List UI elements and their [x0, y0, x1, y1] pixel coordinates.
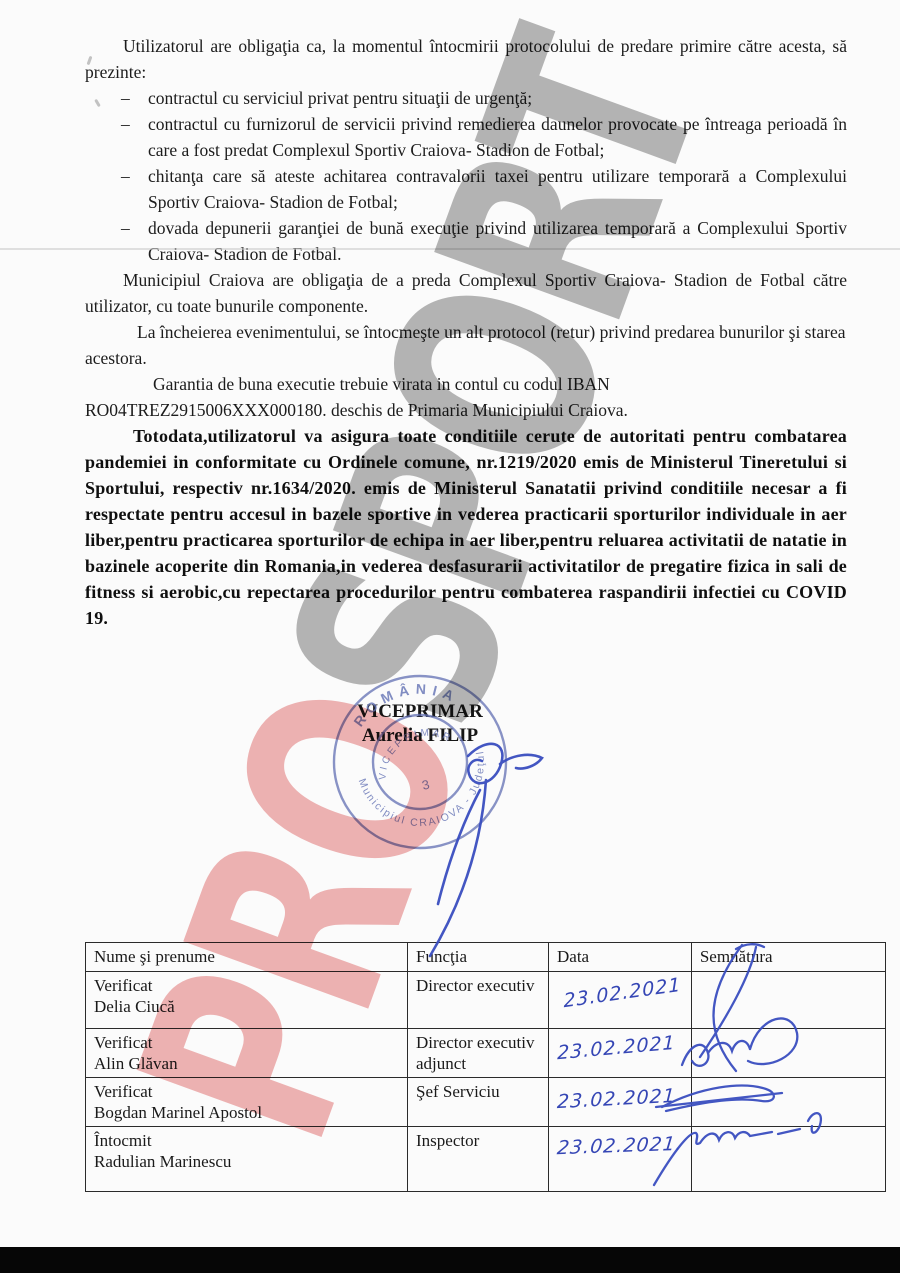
- row-person: Radulian Marinescu: [94, 1151, 399, 1172]
- row-person: Bogdan Marinel Apostol: [94, 1102, 399, 1123]
- paragraph-totodata: Totodata,utilizatorul va asigura toate c…: [85, 423, 847, 631]
- row-role: Verificat: [94, 975, 399, 996]
- scan-line-artifact: [0, 248, 900, 250]
- list-item-text: contractul cu serviciul privat pentru si…: [148, 88, 532, 108]
- cell-name: Întocmit Radulian Marinescu: [86, 1127, 408, 1192]
- scan-edge-bar: [0, 1247, 900, 1273]
- cell-function: Director executiv: [408, 972, 549, 1029]
- bullet-dash: –: [121, 111, 130, 137]
- paragraph-municipiul: Municipiul Craiova are obligaţia de a pr…: [85, 267, 847, 319]
- cell-function: Director executiv adjunct: [408, 1029, 549, 1078]
- viceprimar-signature: [340, 728, 560, 968]
- cell-name: Verificat Bogdan Marinel Apostol: [86, 1078, 408, 1127]
- cell-function: Inspector: [408, 1127, 549, 1192]
- table-signature-strokes: [540, 935, 870, 1195]
- row-role: Verificat: [94, 1032, 399, 1053]
- list-item: – dovada depunerii garanţiei de bună exe…: [85, 215, 847, 267]
- paragraph-incheierea: La încheierea evenimentului, se întocmeş…: [85, 319, 847, 371]
- list-item: – contractul cu furnizorul de servicii p…: [85, 111, 847, 163]
- cell-name: Verificat Alin Glăvan: [86, 1029, 408, 1078]
- table-signatures-overlay: [540, 935, 870, 1195]
- document-body: Utilizatorul are obligaţia ca, la moment…: [85, 33, 847, 631]
- cell-name: Verificat Delia Ciucă: [86, 972, 408, 1029]
- list-item-text: dovada depunerii garanţiei de bună execu…: [148, 218, 847, 264]
- paragraph-intro: Utilizatorul are obligaţia ca, la moment…: [85, 33, 847, 85]
- row-person: Delia Ciucă: [94, 996, 399, 1017]
- bullet-dash: –: [121, 85, 130, 111]
- row-person: Alin Glăvan: [94, 1053, 399, 1074]
- list-item-text: contractul cu furnizorul de servicii pri…: [148, 114, 847, 160]
- list-item: – contractul cu serviciul privat pentru …: [85, 85, 847, 111]
- bullet-dash: –: [121, 215, 130, 241]
- row-role: Întocmit: [94, 1130, 399, 1151]
- signature-stroke: [340, 728, 560, 968]
- cell-function: Şef Serviciu: [408, 1078, 549, 1127]
- paragraph-garantia: Garantia de buna executie trebuie virata…: [85, 371, 847, 423]
- list-item-text: chitanţa care să ateste achitarea contra…: [148, 166, 847, 212]
- list-item: – chitanţa care să ateste achitarea cont…: [85, 163, 847, 215]
- row-role: Verificat: [94, 1081, 399, 1102]
- bullet-dash: –: [121, 163, 130, 189]
